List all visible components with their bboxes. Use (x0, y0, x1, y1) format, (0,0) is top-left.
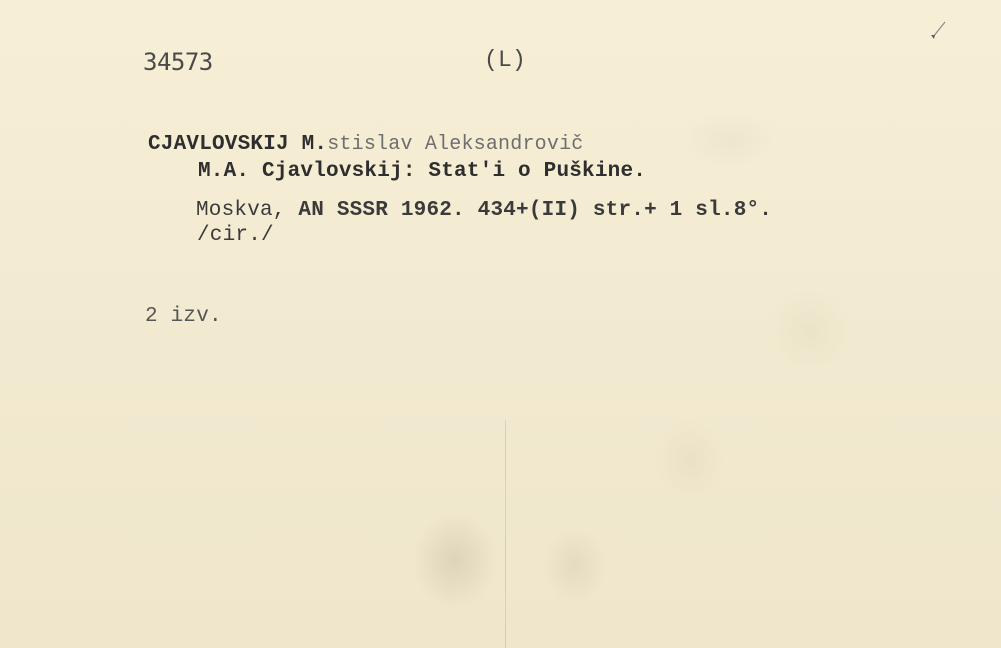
title-line: M.A. Cjavlovskij: Stat'i o Puškine. (198, 160, 646, 183)
classification-code: (L) (484, 47, 526, 73)
copies-note: 2 izv. (145, 305, 222, 328)
catalog-card: 34573 (L) CJAVLOVSKIJ M.stislav Aleksand… (0, 0, 1001, 648)
author-heading: CJAVLOVSKIJ M.stislav Aleksandrovič (148, 133, 583, 156)
paper-fold-line (505, 420, 506, 648)
imprint-line: Moskva, AN SSSR 1962. 434+(II) str.+ 1 s… (196, 199, 772, 222)
language-note: /cir./ (197, 224, 274, 247)
author-heading-main: CJAVLOVSKIJ M. (148, 133, 327, 156)
imprint-place: Moskva, (196, 199, 286, 222)
pencil-check-icon (928, 20, 948, 42)
imprint-details: AN SSSR 1962. 434+(II) str.+ 1 sl.8°. (286, 199, 772, 222)
author-heading-handwritten-addition: stislav Aleksandrovič (327, 133, 583, 156)
accession-number: 34573 (143, 48, 213, 76)
